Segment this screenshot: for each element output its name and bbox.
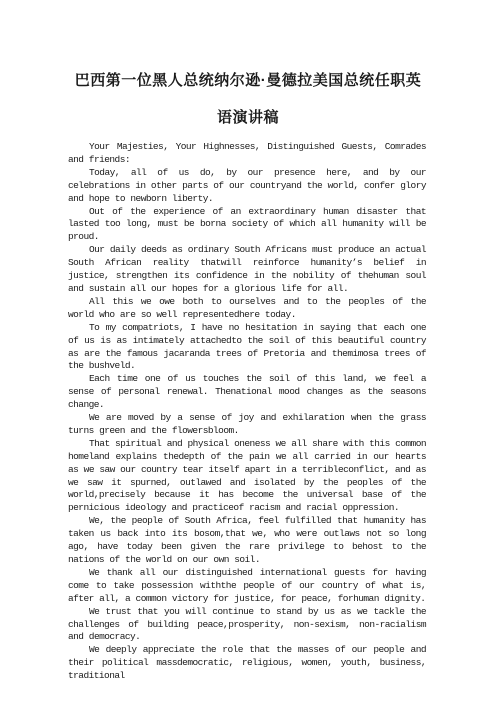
- document-body: Your Majesties, Your Highnesses, Disting…: [68, 141, 426, 683]
- paragraph: Each time one of us touches the soil of …: [68, 373, 426, 412]
- document-title: 巴西第一位黑人总统纳尔逊·曼德拉美国总统任职英语演讲稿: [72, 62, 424, 136]
- paragraph: We are moved by a sense of joy and exhil…: [68, 412, 426, 438]
- paragraph: Today, all of us do, by our presence her…: [68, 167, 426, 206]
- document-page: 巴西第一位黑人总统纳尔逊·曼德拉美国总统任职英语演讲稿 Your Majesti…: [0, 0, 496, 702]
- paragraph: To my compatriots, I have no hesitation …: [68, 322, 426, 374]
- paragraph: We thank all our distinguished internati…: [68, 567, 426, 606]
- paragraph: We, the people of South Africa, feel ful…: [68, 515, 426, 567]
- paragraph: All this we owe both to ourselves and to…: [68, 296, 426, 322]
- paragraph: We deeply appreciate the role that the m…: [68, 644, 426, 683]
- paragraph: Your Majesties, Your Highnesses, Disting…: [68, 141, 426, 167]
- paragraph: We trust that you will continue to stand…: [68, 606, 426, 645]
- paragraph: Our daily deeds as ordinary South Africa…: [68, 244, 426, 296]
- paragraph: Out of the experience of an extraordinar…: [68, 206, 426, 245]
- paragraph: That spiritual and physical oneness we a…: [68, 438, 426, 515]
